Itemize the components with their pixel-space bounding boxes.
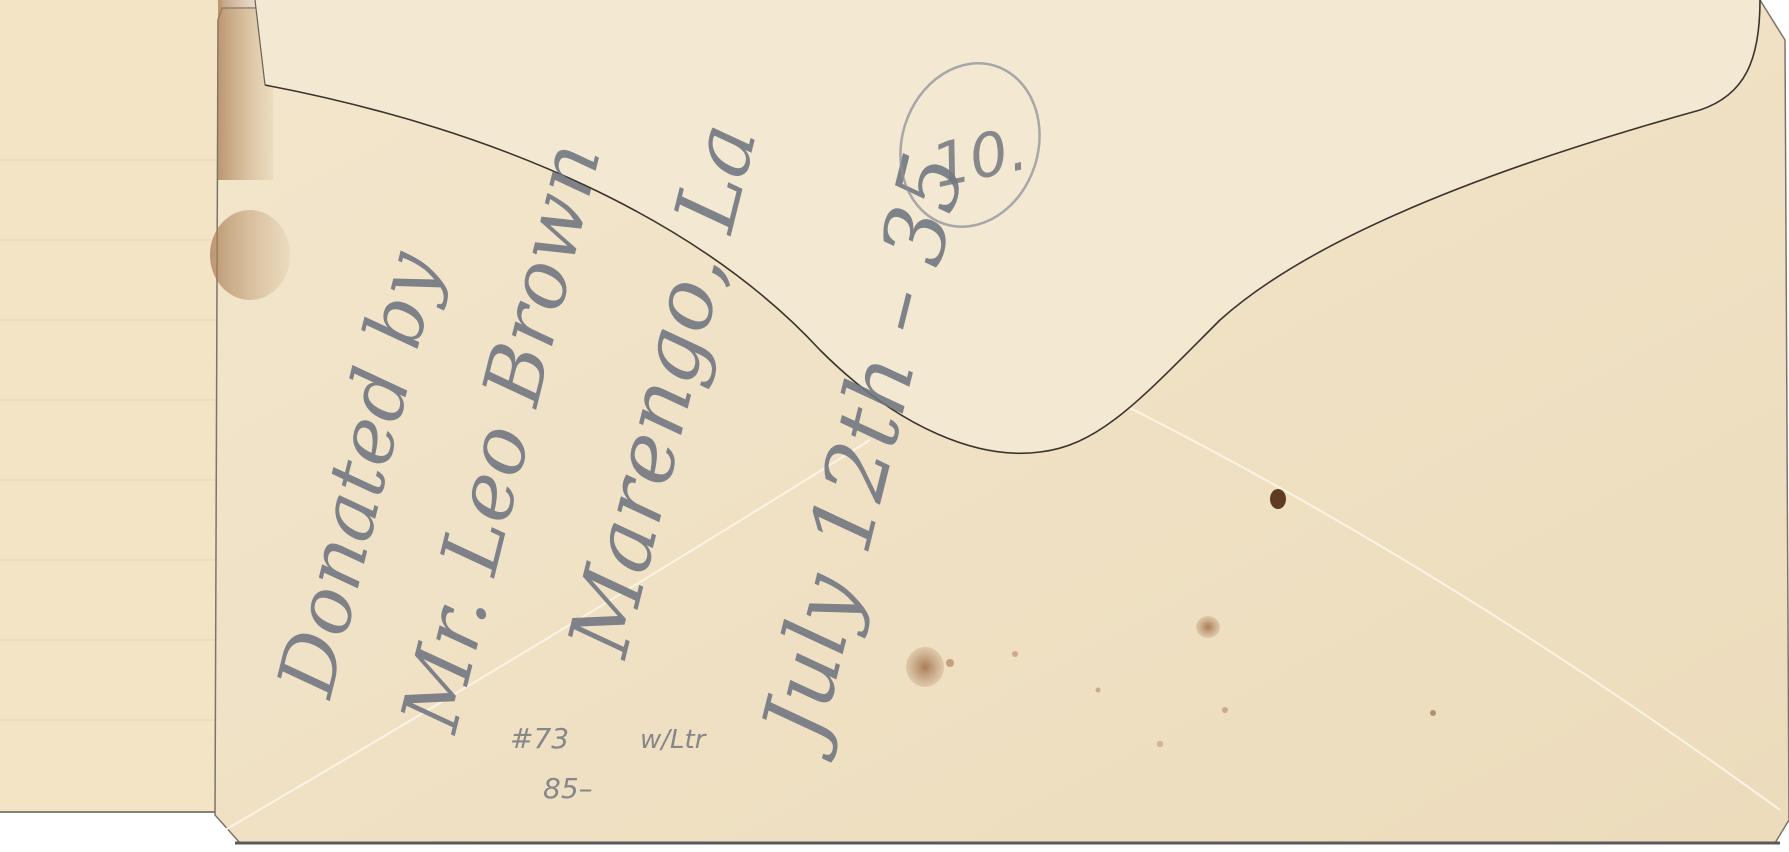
letter-sheet	[0, 0, 222, 812]
ink-spot	[1270, 489, 1286, 509]
catalog-price: 85–	[543, 772, 593, 805]
catalog-enclosure-note: w/Ltr	[640, 725, 708, 755]
catalog-item-number: #73	[510, 722, 569, 755]
envelope-scan: Donated by Mr. Leo Brown Marengo, La Jul…	[0, 0, 1789, 852]
stain-spot	[1196, 616, 1220, 638]
stain-spot	[906, 647, 944, 687]
water-stain	[210, 210, 290, 300]
